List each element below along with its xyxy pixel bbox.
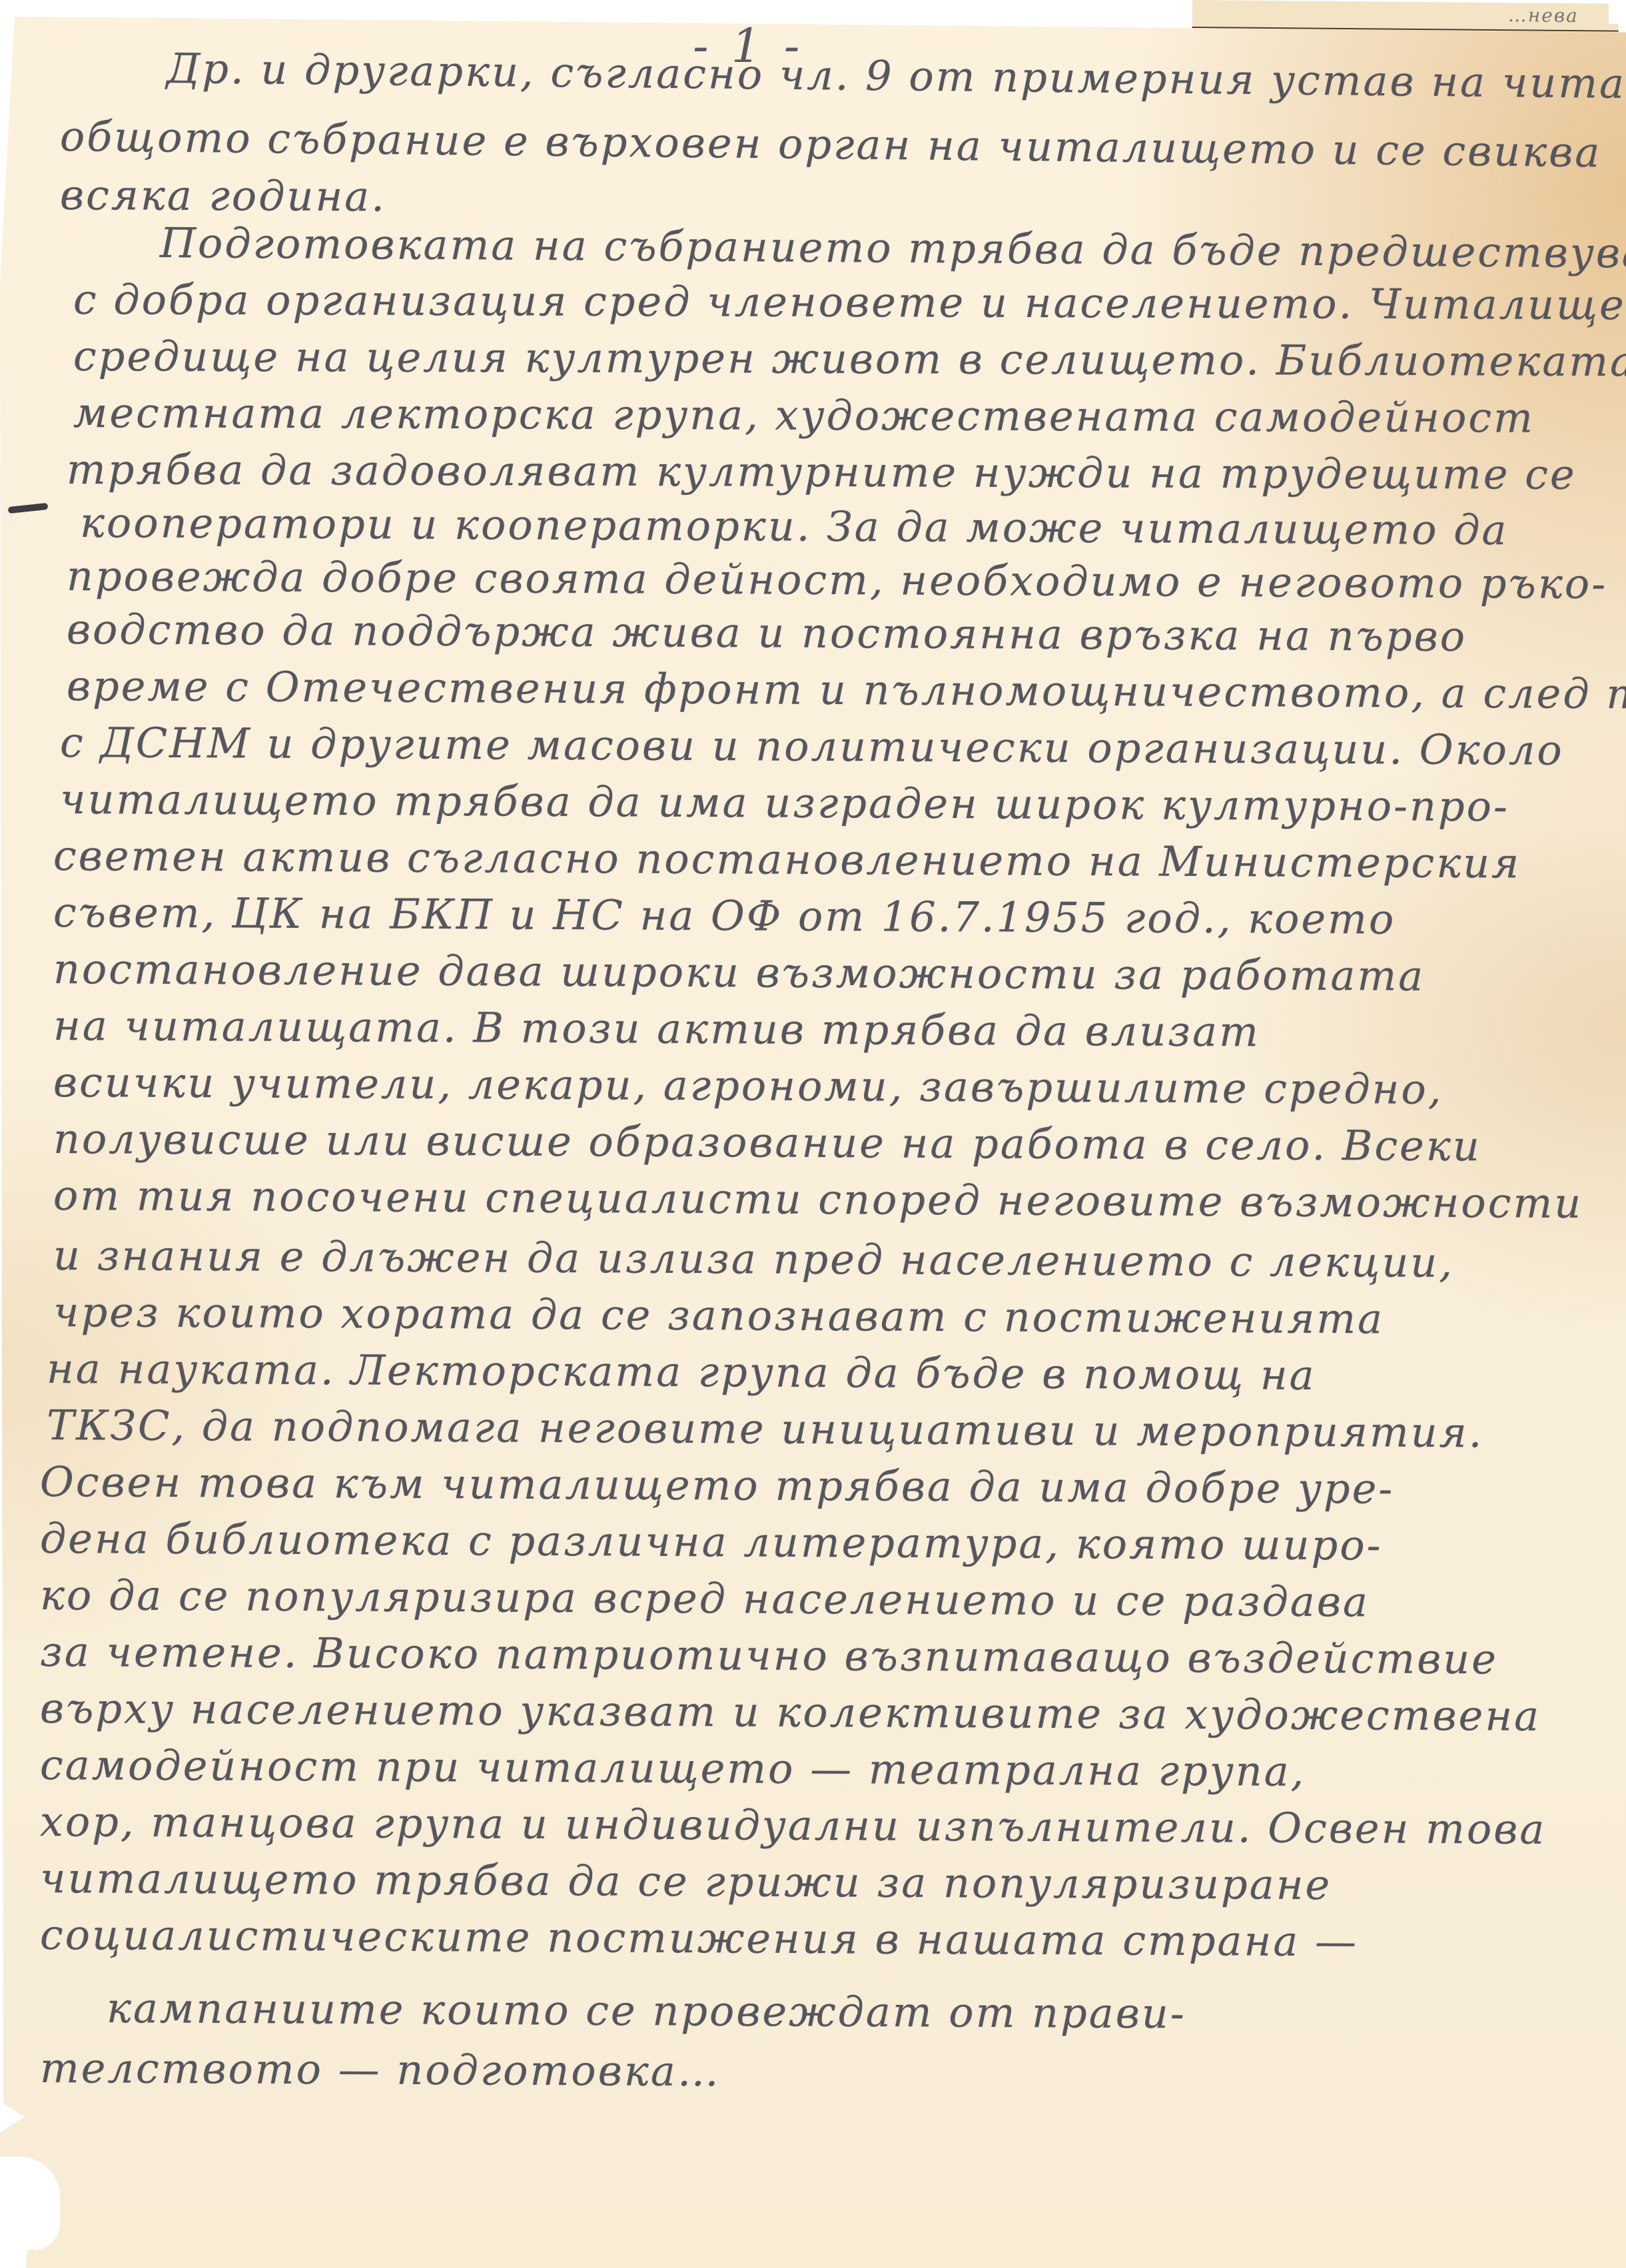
text-line: полувисше или висше образование на работ…	[53, 1114, 1481, 1170]
text-line: върху населението указват и колективите …	[40, 1684, 1541, 1740]
text-line: телството — подготовка…	[40, 2044, 721, 2095]
text-line: светен актив съгласно постановлението на…	[53, 831, 1521, 888]
text-line: време с Отечествения фронт и пълномощнич…	[67, 661, 1626, 719]
text-line: постановление дава широки възможности за…	[53, 945, 1425, 1000]
text-line: ТКЗС, да подпомага неговите инициативи и…	[47, 1401, 1484, 1457]
text-line: Подготовката на събранието трябва да бъд…	[160, 218, 1626, 278]
text-line: за четене. Високо патриотично възпитаващ…	[40, 1627, 1498, 1683]
document-sheet: - 1 - Др. и другарки, съгласно чл. 9 от …	[0, 12, 1626, 2268]
text-line: кампаниите които се провеждат от прави-	[107, 1984, 1186, 2038]
text-line: дена библиотека с различна литература, к…	[40, 1514, 1383, 1570]
text-line: провежда добре своята дейност, необходим…	[67, 552, 1608, 608]
text-line: Др. и другарки, съгласно чл. 9 от пример…	[167, 44, 1626, 110]
text-line: трябва да задоволяват културните нужди н…	[67, 445, 1577, 499]
text-line: от тия посочени специалисти според негов…	[53, 1171, 1583, 1228]
text-line: чрез които хората да се запознават с пос…	[53, 1288, 1385, 1343]
text-line: самодейност при читалището — театрална г…	[40, 1740, 1306, 1796]
text-line: водство да поддържа жива и постоянна връ…	[67, 605, 1467, 661]
text-line: общото събрание е върховен орган на чита…	[60, 112, 1602, 177]
text-line: читалището трябва да има изграден широк …	[60, 775, 1509, 831]
text-line: на читалищата. В този актив трябва да вл…	[53, 1001, 1260, 1056]
text-line: кооператори и кооператорки. За да може ч…	[80, 498, 1509, 554]
torn-paper-edge	[0, 2157, 60, 2250]
text-line: ко да се популяризира всред населението …	[40, 1571, 1370, 1626]
scan-background-corner	[1609, 0, 1626, 24]
text-line: местната лекторска група, художествената…	[73, 388, 1535, 442]
underlying-sheet-edge: …нeва	[1192, 0, 1619, 32]
text-line: всички учители, лекари, агрономи, завърш…	[53, 1058, 1443, 1114]
text-line: хор, танцова група и индивидуални изпълн…	[40, 1797, 1547, 1854]
text-line: социалистическите постижения в нашата ст…	[40, 1910, 1358, 1966]
text-line: съвет, ЦК на БКП и НС на ОФ от 16.7.1955…	[53, 888, 1396, 944]
text-line: с ДСНМ и другите масови и политически ор…	[60, 718, 1564, 775]
text-line: средище на целия културен живот в селище…	[73, 332, 1626, 386]
text-line: читалището трябва да се грижи за популяр…	[40, 1854, 1332, 1909]
text-line: с добра организация сред членовете и нас…	[73, 275, 1626, 330]
margin-dash-mark	[8, 503, 49, 514]
text-line: всяка година.	[60, 171, 386, 221]
underlay-text: …нeва	[1508, 4, 1579, 27]
text-line: на науката. Лекторската група да бъде в …	[47, 1344, 1316, 1399]
text-line: и знания е длъжен да излиза пред населен…	[53, 1231, 1454, 1287]
text-line: Освен това към читалището трябва да има …	[40, 1457, 1395, 1513]
